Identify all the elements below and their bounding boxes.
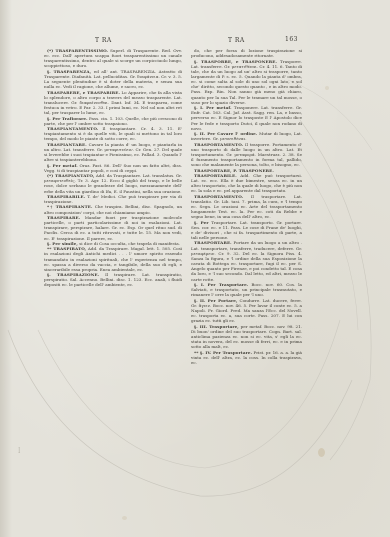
- dictionary-entry: §. TRASPARENZA, ed all' ant. TRASPARENZI…: [44, 69, 182, 90]
- dictionary-entry: (*) TRASPIANTATO, Add. da Traspiantare. …: [44, 173, 182, 194]
- right-column: do, che per forza di lozione traspirazio…: [191, 48, 302, 365]
- dictionary-entry: §. TRASPIRAZIONE. Il traspirare. Lat. tr…: [44, 272, 182, 287]
- running-header: T RA T RA 163: [45, 37, 305, 47]
- header-left: T RA: [95, 37, 112, 44]
- page-gutter-shadow: [0, 0, 12, 537]
- dictionary-entry: §. TRASPORRE, e TRASPONERE. Trasporre. L…: [191, 59, 302, 105]
- dictionary-entry: §. III. Trasportare, per metaf. Bocc. no…: [191, 324, 302, 350]
- dictionary-entry: TRASPIRARE. Mandar fuori per traspirazio…: [44, 215, 182, 241]
- dictionary-entry: (*) TRASPARENTISSIMO. Superl. di Traspar…: [44, 48, 182, 69]
- dictionary-entry: ** §. IV. Per Trasportare. Prist. pr. 16…: [191, 350, 302, 365]
- dictionary-entry: TRASPIANTAMENTO. Il traspiantare. Cr. 4.…: [44, 126, 182, 141]
- dictionary-entry: TRASPORTARE. Portare da un luogo a un al…: [191, 240, 302, 281]
- dictionary-entry: §. Per Trafiorare. Pass. cin. 1. 103. Qu…: [44, 116, 182, 126]
- dictionary-entry: §. II. Per Portare, Condurre. Lat. ducer…: [191, 298, 302, 324]
- entry-text: do, che per forza di lozione traspirazio…: [191, 48, 302, 58]
- dictionary-entry: TRASPORTAMENTO. Il trasporre. Portamento…: [191, 142, 302, 168]
- page-number: 163: [285, 36, 298, 43]
- entry-text: si dice di Cosa occulta, che trapela di …: [79, 241, 180, 246]
- paper-stain: [325, 86, 329, 90]
- dictionary-entry: TRASPORTAMENTO. Il trasportare. Lat. tra…: [191, 194, 302, 220]
- entry-headword: TRASPORTARE, P. TRASPONERE.: [194, 168, 274, 173]
- dictionary-entry: TRASPIANTARE. Cavare la pianta d' un luo…: [44, 142, 182, 163]
- dictionary-entry: do, che per forza di lozione traspirazio…: [191, 48, 302, 58]
- dictionary-entry: §. Per metaf. Oraz. Fast. 86. Dell' Suo …: [44, 163, 182, 173]
- dictionary-entry: §. II. Per Cavare l' ordine. Mutar di lu…: [191, 131, 302, 141]
- entry-headword: §. Per simile,: [47, 241, 78, 246]
- dictionary-entry: TRASPORTABILE. Add. Che può trasportarsi…: [191, 173, 302, 194]
- entry-text: Portare da un luogo a un altro . Lat. tr…: [191, 240, 302, 281]
- paper-stain: [122, 516, 127, 520]
- dictionary-entry: ** TRASPIRATO, Add. da Traspirare. Magal…: [44, 246, 182, 272]
- left-column: (*) TRASPARENTISSIMO. Superl. di Traspar…: [44, 48, 182, 288]
- dictionary-entry: TRASPARERE, e TRASPARIRE. Lo Apparire, c…: [44, 90, 182, 116]
- dictionary-entry: §. I. Per Trasportare. Bocc. nov. 60. Co…: [191, 282, 302, 297]
- dictionary-entry: §. I. Per metaf. Trasponere. Lat. transf…: [191, 105, 302, 131]
- paper-stain: [318, 448, 325, 457]
- margin-mark: ꟾ: [18, 448, 20, 455]
- dictionary-entry: TRASPIRABILE. T. de' Medici. Che può tra…: [44, 194, 182, 204]
- dictionary-entry: *† TRASPIRANTE. Che traspira. Bellini, d…: [44, 204, 182, 214]
- entry-text: Trasporre. Lat. transferre. Gr. μετατιθέ…: [191, 59, 302, 105]
- dictionary-entry: §. Per Trasportare. Lat. transporto. Gr.…: [191, 220, 302, 241]
- header-right: T RA: [228, 37, 245, 44]
